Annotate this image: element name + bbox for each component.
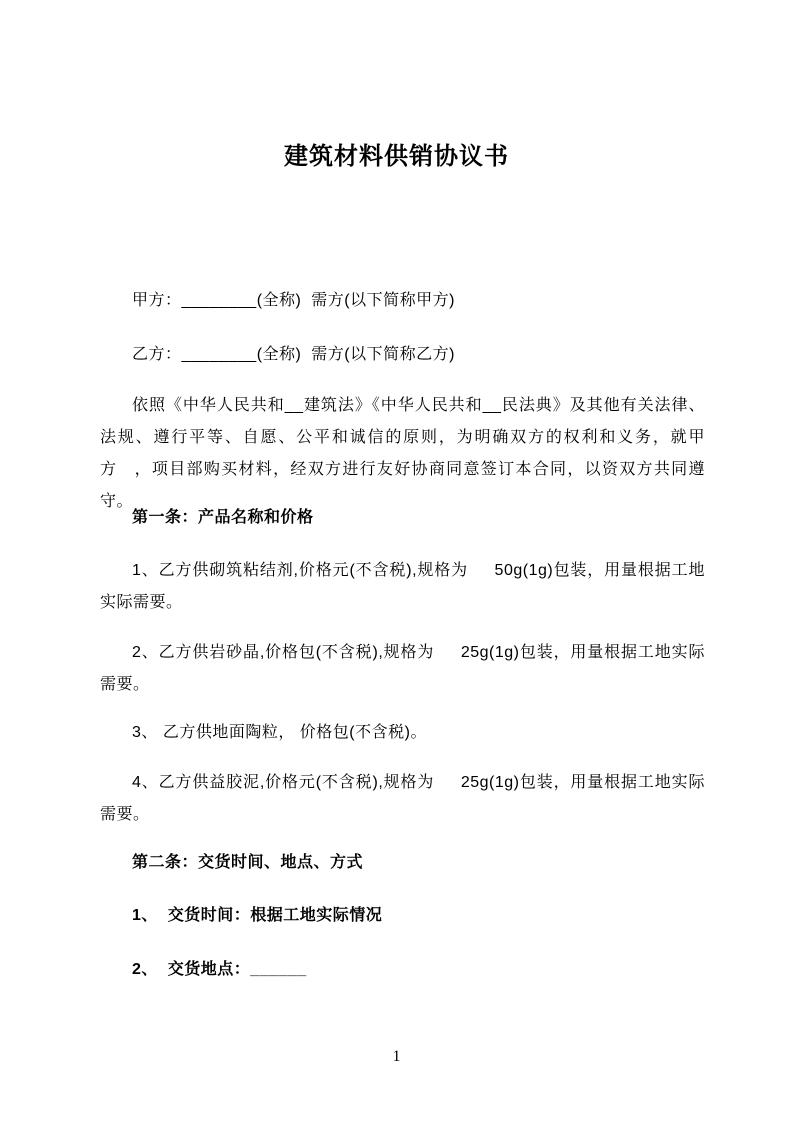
section1-item-1: 1、乙方供砌筑粘结剂,价格元(不含税),规格为 50g(1g)包装，用量根据工地… [100, 555, 705, 619]
party-b-line: 乙方：________(全称) 需方(以下简称乙方) [100, 339, 705, 371]
document-title: 建筑材料供销协议书 [0, 137, 793, 177]
section1-item-2: 2、乙方供岩砂晶,价格包(不含税),规格为 25g(1g)包装，用量根据工地实际… [100, 637, 705, 701]
section2-item-delivery-place: 2、 交货地点：______ [100, 954, 705, 986]
page-number: 1 [0, 1045, 793, 1069]
party-a-line: 甲方：________(全称) 需方(以下简称甲方) [100, 285, 705, 317]
section1-item-3: 3、 乙方供地面陶粒， 价格包(不含税)。 [100, 717, 705, 749]
section2-item-delivery-time: 1、 交货时间：根据工地实际情况 [100, 900, 705, 932]
section1-item-4: 4、乙方供益胶泥,价格元(不含税),规格为 25g(1g)包装，用量根据工地实际… [100, 767, 705, 831]
section2-heading: 第二条：交货时间、地点、方式 [100, 847, 705, 879]
preamble-paragraph: 依照《中华人民共和__建筑法》《中华人民共和__民法典》及其他有关法律、法规、遵… [100, 390, 705, 518]
document-page: 建筑材料供销协议书 甲方：________(全称) 需方(以下简称甲方) 乙方：… [0, 0, 793, 1122]
section1-heading: 第一条：产品名称和价格 [100, 502, 705, 534]
